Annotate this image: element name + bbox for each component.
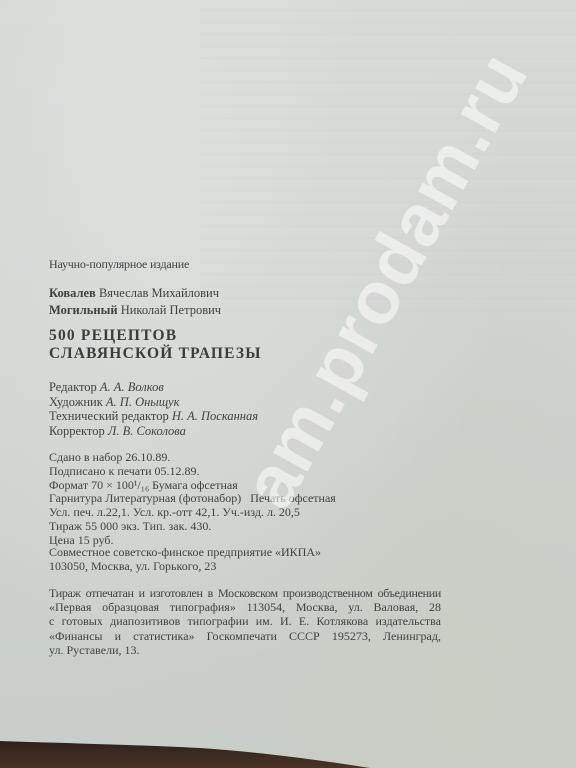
author: Могильный Николай Петрович: [49, 302, 221, 319]
authors: Ковалев Вячеслав Михайлович Могильный Ни…: [49, 285, 221, 319]
credit-line: Технический редактор Н. А. Посканная: [49, 409, 258, 424]
credit-line: Художник А. П. Оныщук: [49, 395, 258, 410]
imprint-details: Сдано в набор 26.10.89. Подписано к печа…: [49, 451, 336, 548]
credits: Редактор А. А. Волков Художник А. П. Оны…: [49, 380, 258, 438]
printer-info: Тираж отпечатан и изготовлен в Московско…: [49, 586, 441, 657]
credit-line: Редактор А. А. Волков: [49, 380, 258, 395]
edition-type: Научно-популярное издание: [49, 257, 189, 272]
credit-line: Корректор Л. В. Соколова: [49, 424, 258, 439]
book-title: 500 РЕЦЕПТОВ СЛАВЯНСКОЙ ТРАПЕЗЫ: [49, 327, 262, 363]
publisher: Совместное советско-финское предприятие …: [49, 545, 321, 573]
author: Ковалев Вячеслав Михайлович: [49, 285, 221, 302]
show-through-text: [200, 0, 576, 320]
